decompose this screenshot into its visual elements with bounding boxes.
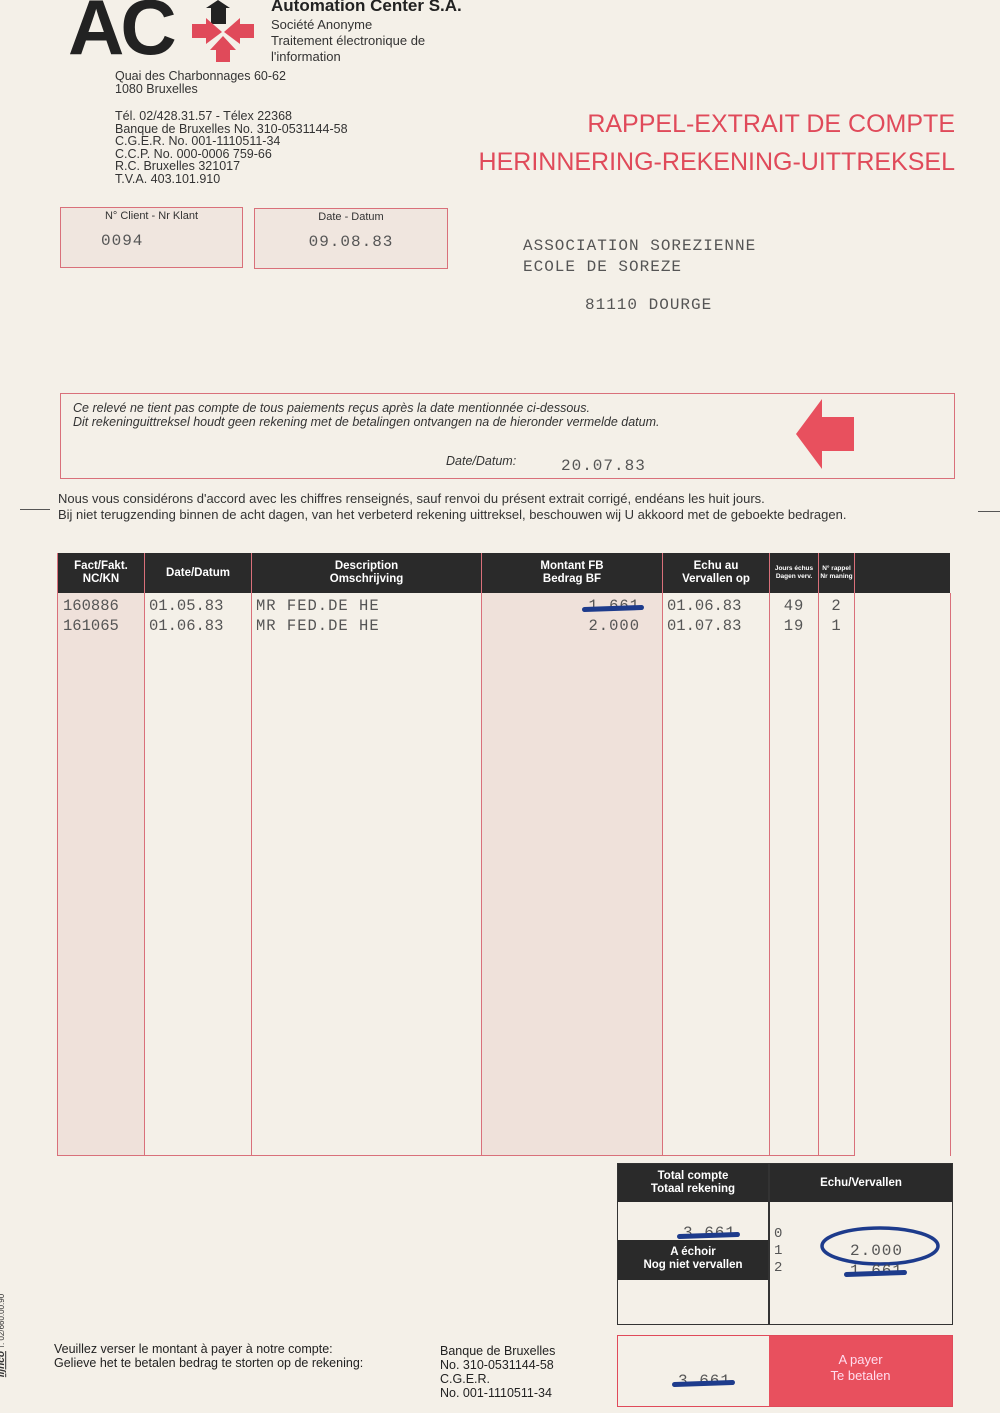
subtitle-line: l'information <box>271 49 425 65</box>
logo-arrows-icon <box>190 0 256 62</box>
date-label: Date - Datum <box>255 211 447 223</box>
account-table: Fact/Fakt.NC/KN Date/Datum DescriptionOm… <box>57 553 951 1156</box>
arrow-left-icon <box>796 399 856 469</box>
footer-line-fr: Veuillez verser le montant à payer à not… <box>54 1342 363 1356</box>
table-row: 01.06.83 <box>145 617 251 637</box>
due-date-cells: 01.06.83 01.07.83 <box>663 593 770 1156</box>
description-cells: MR FED.DE HE MR FED.DE HE <box>252 593 482 1156</box>
company-subtitle: Société Anonyme Traitement électronique … <box>271 17 425 65</box>
contact-line: T.V.A. 403.101.910 <box>115 173 348 186</box>
subtitle-line: Traitement électronique de <box>271 33 425 49</box>
document-title-nl: HERINNERING-REKENING-UITTREKSEL <box>450 148 955 177</box>
table-row: 2 <box>819 597 854 617</box>
pay-value: 3.661 <box>678 1372 731 1390</box>
date-cells: 01.05.83 01.06.83 <box>145 593 252 1156</box>
amount-to-pay-box: 3.661 A payer Te betalen <box>617 1335 953 1407</box>
client-number-label: N° Client - Nr Klant <box>61 210 242 222</box>
col-amount: Montant FBBedrag BF <box>482 553 663 593</box>
pay-label: A payer Te betalen <box>769 1336 952 1406</box>
table-row: 160886 <box>58 597 144 617</box>
due-header: Echu/Vervallen <box>770 1164 952 1202</box>
struck-amount: 1.661 <box>588 597 640 615</box>
amount-cells: 1.661 2.000 <box>482 593 663 1156</box>
contact-line: Tél. 02/428.31.57 - Télex 22368 <box>115 110 348 123</box>
days-due-cells: 49 19 <box>770 593 819 1156</box>
payment-notice-box: Ce relevé ne tient pas compte de tous pa… <box>60 393 955 479</box>
table-row: 19 <box>770 617 818 637</box>
bank-line: No. 001-1110511-34 <box>440 1386 555 1400</box>
total-header: Total compteTotaal rekening <box>618 1164 768 1202</box>
date-box: Date - Datum 09.08.83 <box>254 208 448 269</box>
fold-mark <box>978 511 1000 512</box>
bank-line: C.G.E.R. <box>440 1372 555 1386</box>
table-row: 49 <box>770 597 818 617</box>
subtitle-line: Société Anonyme <box>271 17 425 33</box>
agreement-text: Nous vous considérons d'accord avec les … <box>58 491 846 523</box>
recipient-line: 81110 DOURGE <box>585 295 756 316</box>
col-description: DescriptionOmschrijving <box>252 553 482 593</box>
summary-divider <box>768 1164 770 1324</box>
agreement-line-nl: Bij niet terugzending binnen de acht dag… <box>58 507 846 523</box>
company-contact: Tél. 02/428.31.57 - Télex 22368 Banque d… <box>115 110 348 185</box>
col-days-due: Jours échusDagen verv. <box>770 553 819 593</box>
recipient-line: ASSOCIATION SOREZIENNE <box>523 236 756 257</box>
table-row: 01.07.83 <box>663 617 769 637</box>
summary-box: Total compteTotaal rekening Echu/Vervall… <box>617 1163 953 1325</box>
col-reminder-number: N° rappelNr maning <box>819 553 855 593</box>
footer-line-nl: Gelieve het te betalen bedrag te storten… <box>54 1356 363 1370</box>
address-line: 1080 Bruxelles <box>115 83 286 96</box>
col-invoice: Fact/Fakt.NC/KN <box>58 553 145 593</box>
col-blank <box>855 553 951 593</box>
company-name: Automation Center S.A. <box>271 0 462 16</box>
table-row: 2.000 <box>482 617 662 637</box>
date-value: 09.08.83 <box>255 233 447 251</box>
company-logo: AC <box>68 0 173 73</box>
printer-mark: lijnco T. 02/660.00.90 <box>0 1294 7 1377</box>
table-body: 160886 161065 01.05.83 01.06.83 MR FED.D… <box>58 593 951 1156</box>
recipient-address: ASSOCIATION SOREZIENNE ECOLE DE SOREZE 8… <box>523 236 756 316</box>
notice-line-fr: Ce relevé ne tient pas compte de tous pa… <box>73 401 783 415</box>
company-address: Quai des Charbonnages 60-62 1080 Bruxell… <box>115 70 286 96</box>
level2-value: 1.661 <box>850 1262 903 1280</box>
client-number-value: 0094 <box>101 232 242 250</box>
bank-line: Banque de Bruxelles <box>440 1344 555 1358</box>
notice-date-value: 20.07.83 <box>561 457 646 475</box>
reminder-cells: 2 1 <box>819 593 855 1156</box>
document-title-fr: RAPPEL-EXTRAIT DE COMPTE <box>450 110 955 139</box>
footer-instructions: Veuillez verser le montant à payer à not… <box>54 1342 363 1370</box>
col-date: Date/Datum <box>145 553 252 593</box>
contact-line: R.C. Bruxelles 321017 <box>115 160 348 173</box>
table-row: 161065 <box>58 617 144 637</box>
notice-date-label: Date/Datum: <box>446 454 516 468</box>
level-labels: 012 <box>774 1226 783 1277</box>
client-number-box: N° Client - Nr Klant 0094 <box>60 207 243 268</box>
table-row: MR FED.DE HE <box>252 597 481 617</box>
contact-line: C.G.E.R. No. 001-1110511-34 <box>115 135 348 148</box>
table-row: 01.05.83 <box>145 597 251 617</box>
fold-mark <box>20 509 50 510</box>
notice-line-nl: Dit rekeninguittreksel houdt geen rekeni… <box>73 415 783 429</box>
bank-line: No. 310-0531144-58 <box>440 1358 555 1372</box>
logo-text: AC <box>68 0 173 71</box>
footer-bank-details: Banque de Bruxelles No. 310-0531144-58 C… <box>440 1344 555 1400</box>
invoice-cells: 160886 161065 <box>58 593 145 1156</box>
table-row: 01.06.83 <box>663 597 769 617</box>
not-due-header: A échoirNog niet vervallen <box>618 1240 768 1280</box>
agreement-line-fr: Nous vous considérons d'accord avec les … <box>58 491 846 507</box>
table-row: 1 <box>819 617 854 637</box>
col-due-date: Echu auVervallen op <box>663 553 770 593</box>
blank-cells <box>855 593 951 1156</box>
notice-text: Ce relevé ne tient pas compte de tous pa… <box>73 401 783 429</box>
table-row: 1.661 <box>482 597 662 617</box>
recipient-line: ECOLE DE SOREZE <box>523 257 756 278</box>
table-row: MR FED.DE HE <box>252 617 481 637</box>
table-header-row: Fact/Fakt.NC/KN Date/Datum DescriptionOm… <box>58 553 951 593</box>
